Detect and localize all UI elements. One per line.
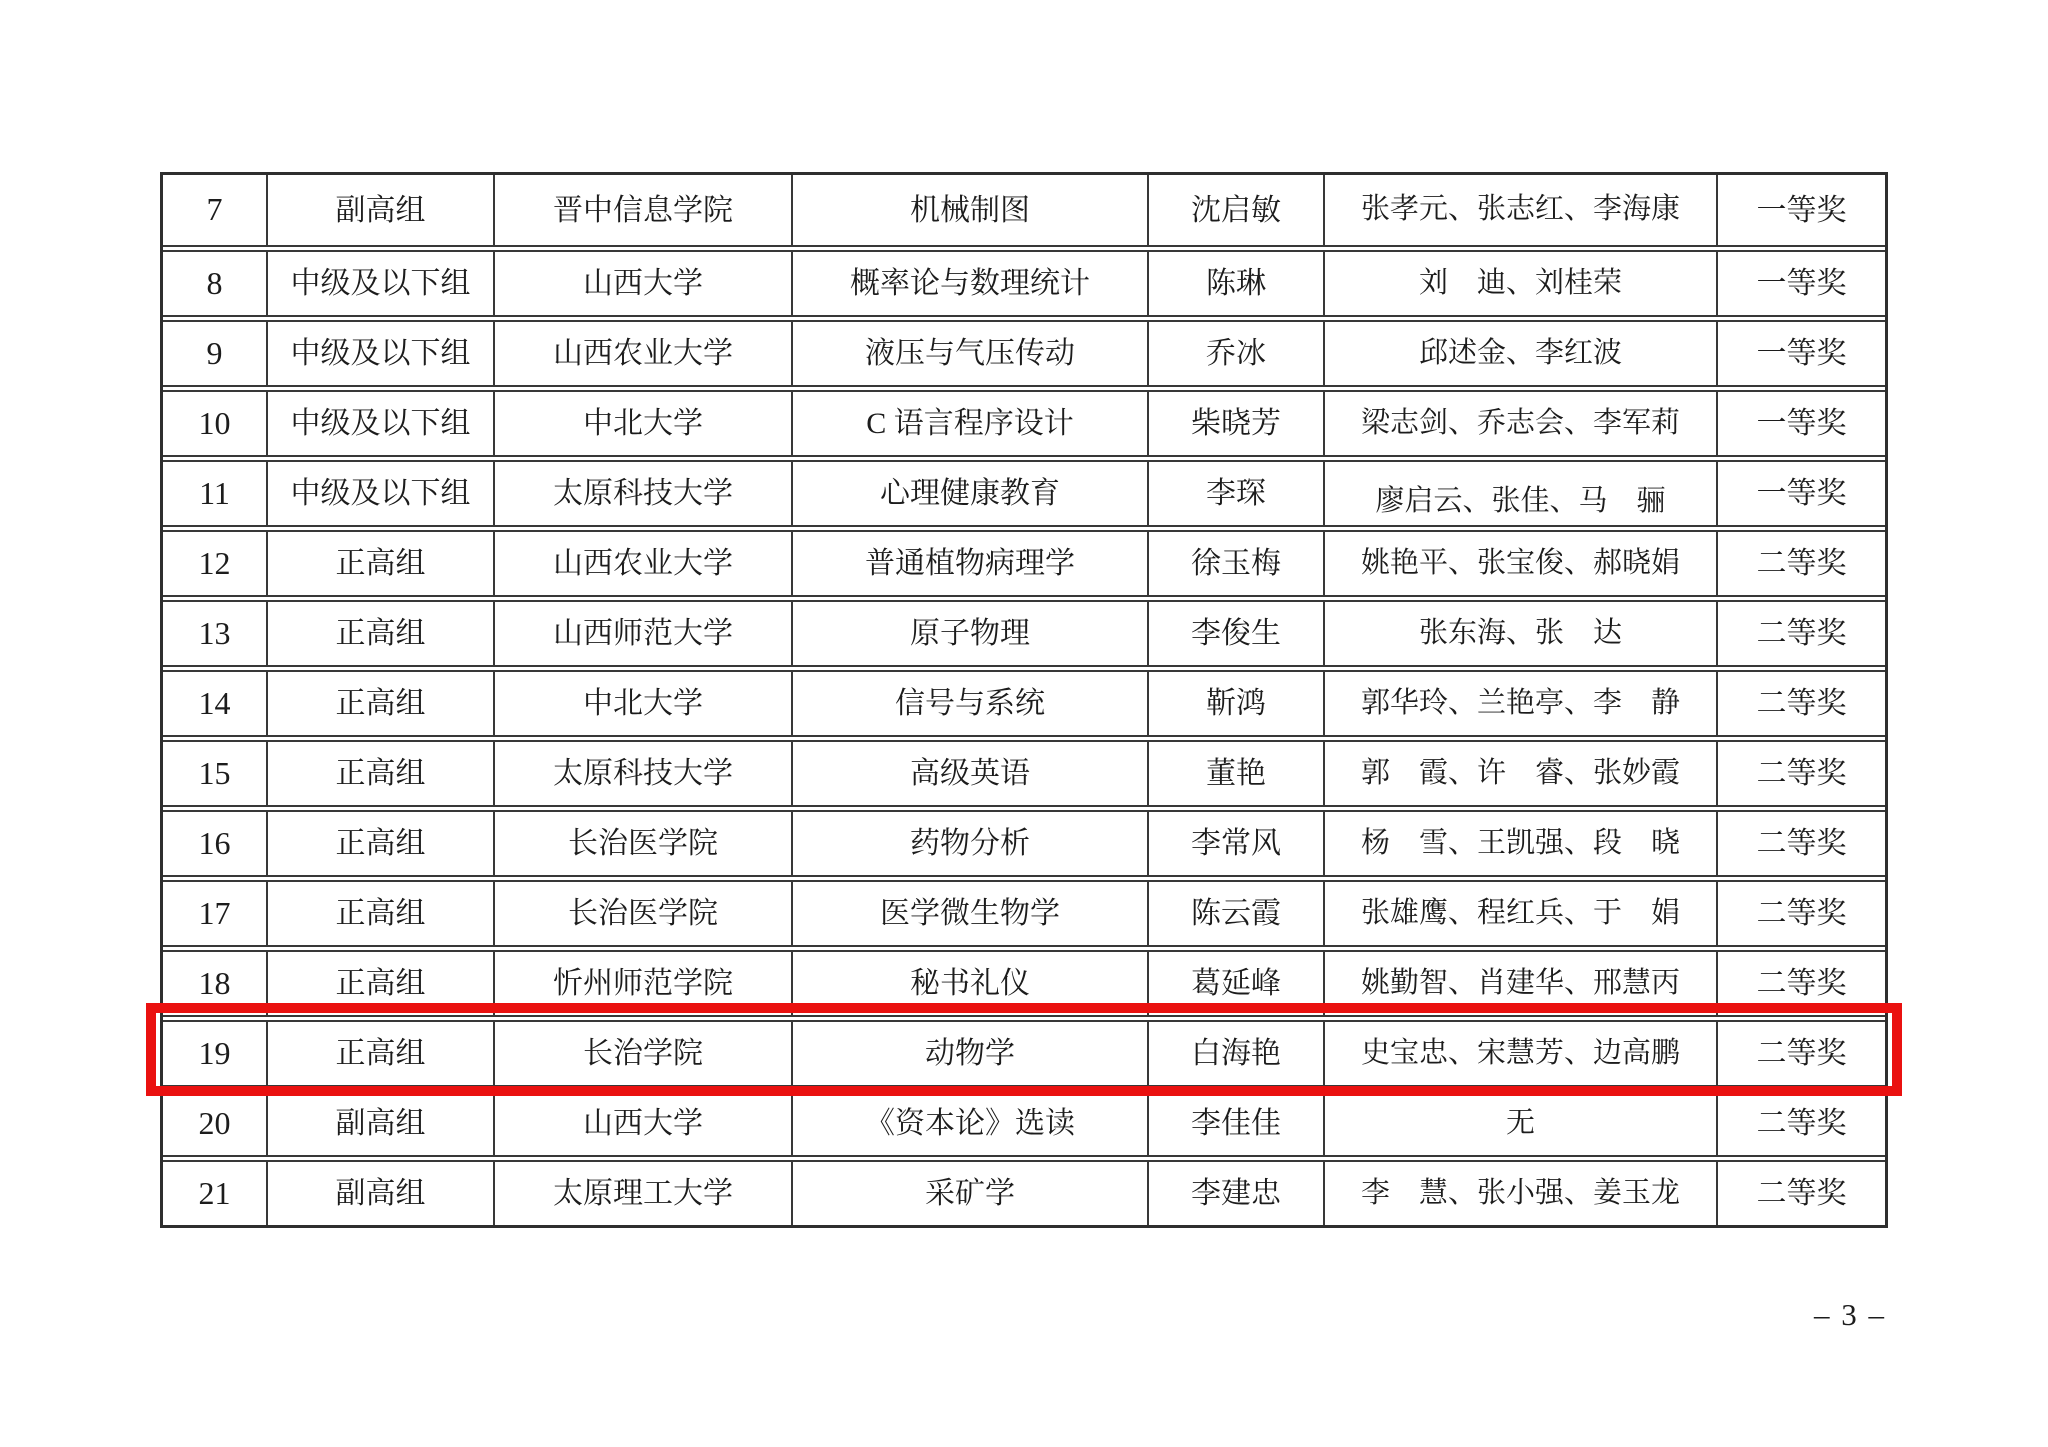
table-row: 8中级及以下组山西大学概率论与数理统计陈琳刘 迪、刘桂荣一等奖	[163, 245, 1885, 315]
cell-members: 张东海、张 达	[1323, 602, 1716, 665]
cell-leader: 李常风	[1147, 812, 1323, 875]
cell-members: 史宝忠、宋慧芳、边高鹏	[1323, 1022, 1716, 1085]
cell-members: 张孝元、张志红、李海康	[1323, 175, 1716, 245]
cell-members: 廖启云、张佳、马 骊	[1323, 462, 1716, 525]
cell-members: 姚艳平、张宝俊、郝晓娟	[1323, 532, 1716, 595]
cell-group: 正高组	[266, 882, 493, 945]
cell-school: 晋中信息学院	[493, 175, 791, 245]
table-row: 7副高组晋中信息学院机械制图沈启敏张孝元、张志红、李海康一等奖	[163, 175, 1885, 245]
cell-school: 太原理工大学	[493, 1162, 791, 1225]
cell-no: 10	[163, 392, 266, 455]
table-row: 14正高组中北大学信号与系统靳鸿郭华玲、兰艳亭、李 静二等奖	[163, 665, 1885, 735]
cell-leader: 葛延峰	[1147, 952, 1323, 1015]
cell-award: 二等奖	[1716, 812, 1885, 875]
cell-members: 梁志剑、乔志会、李军莉	[1323, 392, 1716, 455]
cell-school: 太原科技大学	[493, 462, 791, 525]
cell-school: 长治医学院	[493, 812, 791, 875]
cell-leader: 靳鸿	[1147, 672, 1323, 735]
cell-award: 二等奖	[1716, 882, 1885, 945]
cell-course: 信号与系统	[791, 672, 1147, 735]
cell-course: 秘书礼仪	[791, 952, 1147, 1015]
cell-members: 姚勤智、肖建华、邢慧丙	[1323, 952, 1716, 1015]
cell-members: 李 慧、张小强、姜玉龙	[1323, 1162, 1716, 1225]
cell-course: 概率论与数理统计	[791, 252, 1147, 315]
cell-award: 二等奖	[1716, 1162, 1885, 1225]
cell-members: 无	[1323, 1092, 1716, 1155]
cell-no: 19	[163, 1022, 266, 1085]
cell-school: 山西大学	[493, 1092, 791, 1155]
cell-group: 副高组	[266, 1162, 493, 1225]
cell-leader: 李琛	[1147, 462, 1323, 525]
cell-school: 中北大学	[493, 392, 791, 455]
cell-no: 9	[163, 322, 266, 385]
cell-leader: 李佳佳	[1147, 1092, 1323, 1155]
cell-group: 正高组	[266, 602, 493, 665]
cell-award: 一等奖	[1716, 392, 1885, 455]
cell-leader: 陈琳	[1147, 252, 1323, 315]
cell-leader: 白海艳	[1147, 1022, 1323, 1085]
cell-school: 长治学院	[493, 1022, 791, 1085]
table-row: 9中级及以下组山西农业大学液压与气压传动乔冰邱述金、李红波一等奖	[163, 315, 1885, 385]
cell-course: 《资本论》选读	[791, 1092, 1147, 1155]
cell-no: 20	[163, 1092, 266, 1155]
cell-leader: 李建忠	[1147, 1162, 1323, 1225]
cell-no: 8	[163, 252, 266, 315]
table-row: 17正高组长治医学院医学微生物学陈云霞张雄鹰、程红兵、于 娟二等奖	[163, 875, 1885, 945]
cell-group: 中级及以下组	[266, 252, 493, 315]
cell-no: 12	[163, 532, 266, 595]
cell-course: 动物学	[791, 1022, 1147, 1085]
cell-course: 医学微生物学	[791, 882, 1147, 945]
cell-no: 18	[163, 952, 266, 1015]
cell-course: 原子物理	[791, 602, 1147, 665]
cell-group: 中级及以下组	[266, 322, 493, 385]
table-row: 15正高组太原科技大学高级英语董艳郭 霞、许 睿、张妙霞二等奖	[163, 735, 1885, 805]
table-row: 21副高组太原理工大学采矿学李建忠李 慧、张小强、姜玉龙二等奖	[163, 1155, 1885, 1225]
cell-school: 山西农业大学	[493, 532, 791, 595]
cell-award: 一等奖	[1716, 252, 1885, 315]
table-row: 10中级及以下组中北大学C 语言程序设计柴晓芳梁志剑、乔志会、李军莉一等奖	[163, 385, 1885, 455]
page-number: – 3 –	[1760, 1297, 1940, 1333]
cell-group: 中级及以下组	[266, 392, 493, 455]
award-table: 7副高组晋中信息学院机械制图沈启敏张孝元、张志红、李海康一等奖8中级及以下组山西…	[160, 172, 1888, 1228]
table-row: 13正高组山西师范大学原子物理李俊生张东海、张 达二等奖	[163, 595, 1885, 665]
cell-members: 刘 迪、刘桂荣	[1323, 252, 1716, 315]
table-row: 12正高组山西农业大学普通植物病理学徐玉梅姚艳平、张宝俊、郝晓娟二等奖	[163, 525, 1885, 595]
cell-group: 副高组	[266, 175, 493, 245]
cell-leader: 柴晓芳	[1147, 392, 1323, 455]
cell-no: 14	[163, 672, 266, 735]
cell-group: 正高组	[266, 1022, 493, 1085]
cell-school: 太原科技大学	[493, 742, 791, 805]
cell-school: 忻州师范学院	[493, 952, 791, 1015]
cell-award: 二等奖	[1716, 952, 1885, 1015]
cell-no: 13	[163, 602, 266, 665]
cell-group: 正高组	[266, 532, 493, 595]
cell-members: 杨 雪、王凯强、段 晓	[1323, 812, 1716, 875]
table-row: 19正高组长治学院动物学白海艳史宝忠、宋慧芳、边高鹏二等奖	[163, 1015, 1885, 1085]
table-row: 20副高组山西大学《资本论》选读李佳佳无二等奖	[163, 1085, 1885, 1155]
cell-group: 中级及以下组	[266, 462, 493, 525]
cell-leader: 徐玉梅	[1147, 532, 1323, 595]
cell-award: 二等奖	[1716, 1092, 1885, 1155]
cell-course: 采矿学	[791, 1162, 1147, 1225]
cell-no: 11	[163, 462, 266, 525]
cell-course: 心理健康教育	[791, 462, 1147, 525]
cell-course: 普通植物病理学	[791, 532, 1147, 595]
cell-no: 15	[163, 742, 266, 805]
cell-leader: 董艳	[1147, 742, 1323, 805]
cell-leader: 沈启敏	[1147, 175, 1323, 245]
cell-leader: 李俊生	[1147, 602, 1323, 665]
cell-group: 副高组	[266, 1092, 493, 1155]
cell-school: 山西师范大学	[493, 602, 791, 665]
cell-course: 药物分析	[791, 812, 1147, 875]
cell-school: 山西大学	[493, 252, 791, 315]
cell-award: 二等奖	[1716, 1022, 1885, 1085]
cell-award: 一等奖	[1716, 322, 1885, 385]
table-row: 16正高组长治医学院药物分析李常风杨 雪、王凯强、段 晓二等奖	[163, 805, 1885, 875]
cell-school: 中北大学	[493, 672, 791, 735]
cell-group: 正高组	[266, 812, 493, 875]
cell-no: 17	[163, 882, 266, 945]
cell-no: 7	[163, 175, 266, 245]
cell-award: 二等奖	[1716, 602, 1885, 665]
cell-group: 正高组	[266, 742, 493, 805]
cell-members: 郭华玲、兰艳亭、李 静	[1323, 672, 1716, 735]
cell-leader: 陈云霞	[1147, 882, 1323, 945]
cell-award: 一等奖	[1716, 175, 1885, 245]
cell-members: 张雄鹰、程红兵、于 娟	[1323, 882, 1716, 945]
cell-school: 山西农业大学	[493, 322, 791, 385]
cell-award: 二等奖	[1716, 672, 1885, 735]
cell-course: 高级英语	[791, 742, 1147, 805]
cell-award: 二等奖	[1716, 742, 1885, 805]
table-row: 11中级及以下组太原科技大学心理健康教育李琛廖启云、张佳、马 骊一等奖	[163, 455, 1885, 525]
cell-course: C 语言程序设计	[791, 392, 1147, 455]
document-page: 7副高组晋中信息学院机械制图沈启敏张孝元、张志红、李海康一等奖8中级及以下组山西…	[0, 0, 2048, 1447]
cell-award: 一等奖	[1716, 462, 1885, 525]
table-row: 18正高组忻州师范学院秘书礼仪葛延峰姚勤智、肖建华、邢慧丙二等奖	[163, 945, 1885, 1015]
cell-leader: 乔冰	[1147, 322, 1323, 385]
cell-course: 机械制图	[791, 175, 1147, 245]
cell-no: 16	[163, 812, 266, 875]
cell-award: 二等奖	[1716, 532, 1885, 595]
cell-members: 郭 霞、许 睿、张妙霞	[1323, 742, 1716, 805]
cell-group: 正高组	[266, 672, 493, 735]
cell-course: 液压与气压传动	[791, 322, 1147, 385]
cell-members: 邱述金、李红波	[1323, 322, 1716, 385]
cell-school: 长治医学院	[493, 882, 791, 945]
cell-no: 21	[163, 1162, 266, 1225]
cell-group: 正高组	[266, 952, 493, 1015]
